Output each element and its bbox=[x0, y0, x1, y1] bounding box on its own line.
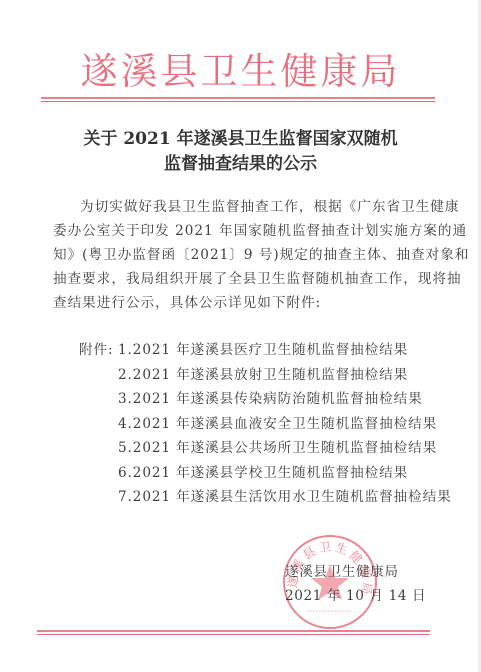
attachment-item: 2.2021 年遂溪县放射卫生随机监督抽检结果 bbox=[79, 363, 452, 388]
body-line: 为切实做好我县卫生监督抽查工作，根据《广东省卫生健康 bbox=[53, 195, 429, 219]
attachment-link-6[interactable]: 6.2021 年遂溪县学校卫生随机监督抽检结果 bbox=[118, 461, 408, 486]
signature-date: 2021 年 10 月 14 日 bbox=[285, 584, 426, 608]
body-line: 委办公室关于印发 2021 年国家随机监督抽查计划实施方案的通 bbox=[53, 219, 429, 243]
document-page: 遂溪县卫生健康局 关于 2021 年遂溪县卫生监督国家双随机 监督抽查结果的公示… bbox=[0, 0, 481, 672]
body-line: 知》(粤卫办监督函〔2021〕9 号)规定的抽查主体、抽查对象和 bbox=[53, 243, 429, 267]
attachment-link-7[interactable]: 7.2021 年遂溪县生活饮用水卫生随机监督抽检结果 bbox=[118, 485, 452, 510]
footer-rule-thin bbox=[37, 634, 430, 635]
signature-block: 遂溪县卫生健康局 2021 年 10 月 14 日 bbox=[285, 560, 426, 608]
title-line-1: 关于 2021 年遂溪县卫生监督国家双随机 bbox=[0, 127, 481, 152]
body-line: 查结果进行公示，具体公示详见如下附件: bbox=[53, 291, 429, 315]
attachment-item: 7.2021 年遂溪县生活饮用水卫生随机监督抽检结果 bbox=[79, 485, 452, 510]
title-line-2: 监督抽查结果的公示 bbox=[0, 152, 481, 177]
body-line: 抽查要求，我局组织开展了全县卫生监督随机抽查工作，现将抽 bbox=[53, 267, 429, 291]
attachment-link-2[interactable]: 2.2021 年遂溪县放射卫生随机监督抽检结果 bbox=[118, 363, 408, 388]
signature-org: 遂溪县卫生健康局 bbox=[285, 560, 426, 584]
attachment-list: 附件: 1.2021 年遂溪县医疗卫生随机监督抽检结果 2.2021 年遂溪县放… bbox=[79, 338, 452, 510]
attachment-link-4[interactable]: 4.2021 年遂溪县血液安全卫生随机监督抽检结果 bbox=[118, 412, 437, 437]
footer-rule-thick bbox=[37, 630, 430, 632]
letterhead-rule-thick bbox=[41, 97, 435, 99]
attachment-item: 4.2021 年遂溪县血液安全卫生随机监督抽检结果 bbox=[79, 412, 452, 437]
attachment-label: 附件: bbox=[79, 338, 118, 363]
attachment-link-5[interactable]: 5.2021 年遂溪县公共场所卫生随机监督抽检结果 bbox=[118, 436, 437, 461]
org-letterhead: 遂溪县卫生健康局 bbox=[0, 50, 481, 94]
document-title: 关于 2021 年遂溪县卫生监督国家双随机 监督抽查结果的公示 bbox=[0, 127, 481, 177]
body-paragraph: 为切实做好我县卫生监督抽查工作，根据《广东省卫生健康 委办公室关于印发 2021… bbox=[53, 195, 429, 315]
attachment-item: 3.2021 年遂溪县传染病防治随机监督抽检结果 bbox=[79, 387, 452, 412]
attachment-item: 附件: 1.2021 年遂溪县医疗卫生随机监督抽检结果 bbox=[79, 338, 452, 363]
attachment-item: 5.2021 年遂溪县公共场所卫生随机监督抽检结果 bbox=[79, 436, 452, 461]
attachment-link-1[interactable]: 1.2021 年遂溪县医疗卫生随机监督抽检结果 bbox=[118, 338, 408, 363]
attachment-link-3[interactable]: 3.2021 年遂溪县传染病防治随机监督抽检结果 bbox=[118, 387, 423, 412]
attachment-item: 6.2021 年遂溪县学校卫生随机监督抽检结果 bbox=[79, 461, 452, 486]
letterhead-rule-thin bbox=[41, 101, 435, 102]
